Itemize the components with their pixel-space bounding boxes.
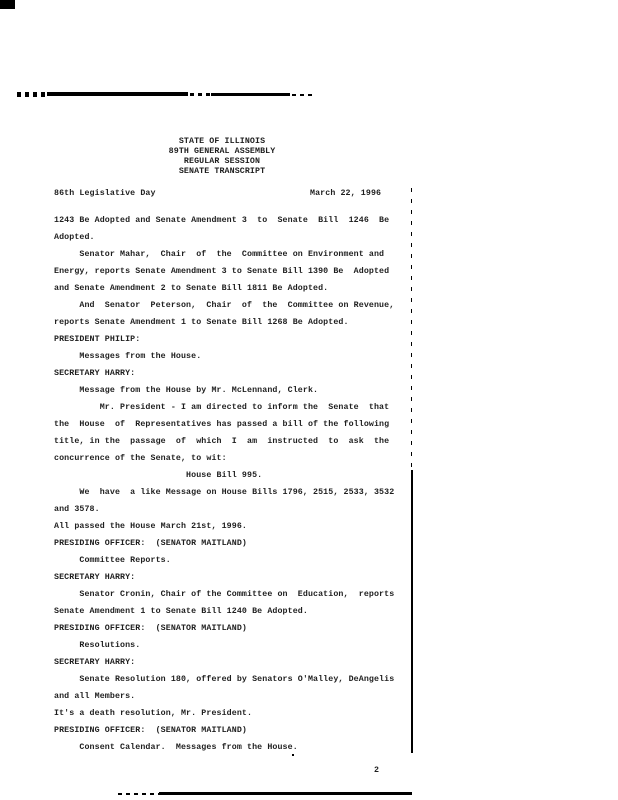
scan-artifact-top-line xyxy=(0,0,15,9)
transcript-line: Resolutions. xyxy=(54,637,394,654)
transcript-line: and Senate Amendment 2 to Senate Bill 18… xyxy=(54,280,394,297)
transcript-line: the House of Representatives has passed … xyxy=(54,416,394,433)
transcript-line: House Bill 995. xyxy=(54,467,394,484)
transcript-line: concurrence of the Senate, to wit: xyxy=(54,450,394,467)
header-line: REGULAR SESSION xyxy=(54,157,390,167)
transcript-line: It's a death resolution, Mr. President. xyxy=(54,705,394,722)
header-line: STATE OF ILLINOIS xyxy=(54,137,390,147)
scan-artifact-top-line xyxy=(190,93,212,96)
scan-artifact-margin-line-solid xyxy=(411,470,413,753)
document-header: STATE OF ILLINOIS89TH GENERAL ASSEMBLYRE… xyxy=(54,137,390,177)
day-date-row: 86th Legislative Day March 22, 1996 xyxy=(0,189,618,201)
transcript-line: Senate Amendment 1 to Senate Bill 1240 B… xyxy=(54,603,394,620)
transcript-line: reports Senate Amendment 1 to Senate Bil… xyxy=(54,314,394,331)
scan-artifact-top-line xyxy=(292,94,314,96)
transcript-line: SECRETARY HARRY: xyxy=(54,569,394,586)
scanned-transcript-page: STATE OF ILLINOIS89TH GENERAL ASSEMBLYRE… xyxy=(0,0,618,800)
transcript-line: Senate Resolution 180, offered by Senato… xyxy=(54,671,394,688)
header-line: SENATE TRANSCRIPT xyxy=(54,167,390,177)
transcript-line: SECRETARY HARRY: xyxy=(54,365,394,382)
transcript-line: PRESIDING OFFICER: (SENATOR MAITLAND) xyxy=(54,722,394,739)
scan-artifact-margin-line-dashed xyxy=(411,188,412,470)
transcript-line: All passed the House March 21st, 1996. xyxy=(54,518,394,535)
transcript-line: SECRETARY HARRY: xyxy=(54,654,394,671)
transcript-line: 1243 Be Adopted and Senate Amendment 3 t… xyxy=(54,212,394,229)
page-number: 2 xyxy=(374,766,379,775)
scan-artifact-top-line xyxy=(211,93,290,96)
transcript-line: Senator Mahar, Chair of the Committee on… xyxy=(54,246,394,263)
transcript-line: PRESIDING OFFICER: (SENATOR MAITLAND) xyxy=(54,535,394,552)
scan-artifact-bottom-line xyxy=(118,793,160,795)
transcript-line: Message from the House by Mr. McLennand,… xyxy=(54,382,394,399)
transcript-line: We have a like Message on House Bills 17… xyxy=(54,484,394,501)
scan-artifact-top-line xyxy=(47,92,188,96)
transcript-body: 1243 Be Adopted and Senate Amendment 3 t… xyxy=(54,212,394,756)
transcript-line: PRESIDENT PHILIP: xyxy=(54,331,394,348)
transcript-line: Senator Cronin, Chair of the Committee o… xyxy=(54,586,394,603)
header-line: 89TH GENERAL ASSEMBLY xyxy=(54,147,390,157)
scan-artifact-top-line xyxy=(17,92,48,97)
transcript-line: and all Members. xyxy=(54,688,394,705)
date-label: March 22, 1996 xyxy=(310,189,381,198)
transcript-line: and 3578. xyxy=(54,501,394,518)
transcript-line: Adopted. xyxy=(54,229,394,246)
transcript-line: And Senator Peterson, Chair of the Commi… xyxy=(54,297,394,314)
scan-artifact-noise-dot xyxy=(292,754,294,756)
transcript-line: Consent Calendar. Messages from the Hous… xyxy=(54,739,394,756)
legislative-day-label: 86th Legislative Day xyxy=(54,189,156,198)
scan-artifact-bottom-line xyxy=(159,792,412,795)
transcript-line: Committee Reports. xyxy=(54,552,394,569)
transcript-line: Energy, reports Senate Amendment 3 to Se… xyxy=(54,263,394,280)
transcript-line: title, in the passage of which I am inst… xyxy=(54,433,394,450)
transcript-line: PRESIDING OFFICER: (SENATOR MAITLAND) xyxy=(54,620,394,637)
transcript-line: Mr. President - I am directed to inform … xyxy=(54,399,394,416)
transcript-line: Messages from the House. xyxy=(54,348,394,365)
